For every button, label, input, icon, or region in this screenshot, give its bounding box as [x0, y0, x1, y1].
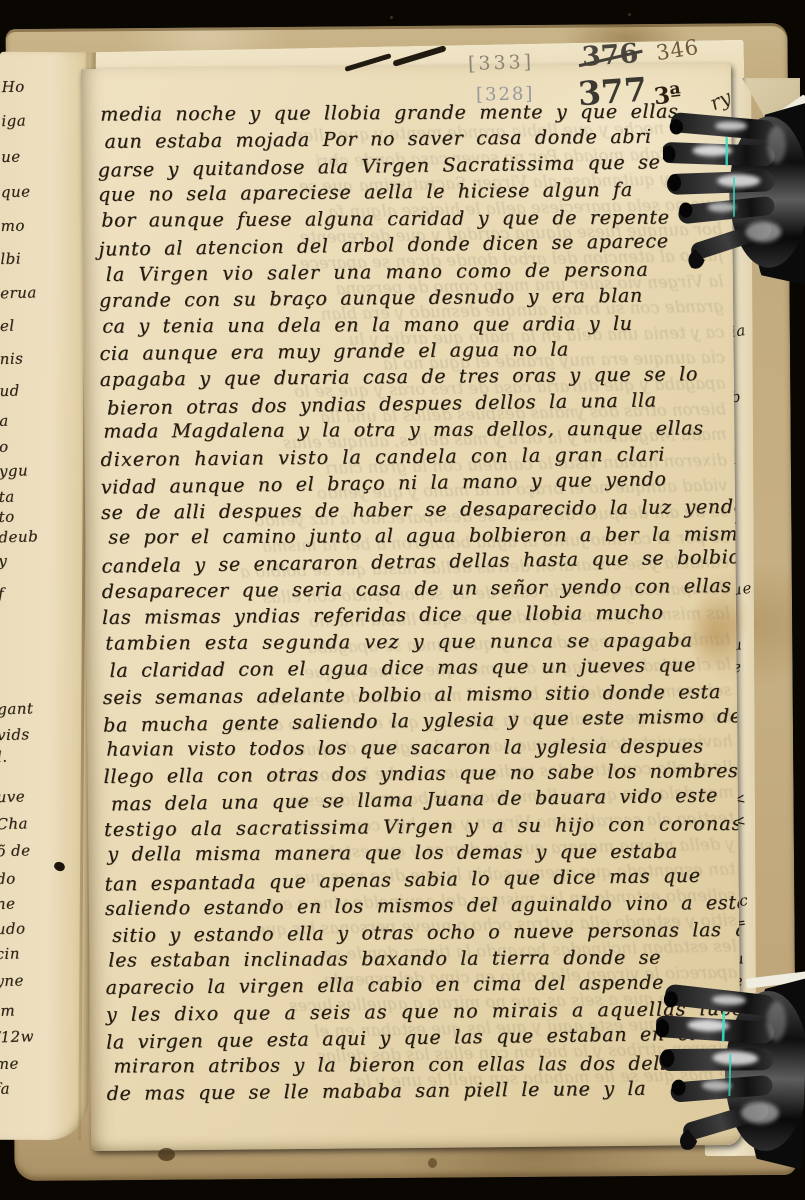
left-edge-text-fragment: me	[0, 1054, 19, 1073]
manuscript-line: de mas que se lle mababa san piell le un…	[107, 1077, 735, 1109]
left-edge-text-fragment: gant	[0, 699, 34, 718]
left-edge-text-fragment: uve	[0, 787, 25, 806]
manuscript-line: miraron atribos y la bieron con ellas la…	[113, 1052, 734, 1082]
left-edge-text-fragment: mo	[0, 216, 25, 235]
left-edge-text-fragment: vids	[0, 725, 30, 744]
folio-number-pencil-377: 377	[577, 70, 648, 114]
left-edge-text-fragment: lbi	[0, 249, 21, 268]
left-edge-text-fragment: Ho	[1, 77, 25, 96]
left-edge-text-fragment: fa	[0, 1080, 10, 1098]
left-edge-text-fragment: do	[0, 869, 16, 888]
left-edge-text-fragment: deub	[0, 527, 38, 546]
left-edge-text-fragment: ygu	[0, 461, 28, 480]
dust-speck	[390, 16, 393, 19]
left-edge-text-fragment: /12w	[0, 1027, 34, 1046]
left-edge-text-fragment: erua	[0, 283, 37, 302]
left-edge-text-fragment: õ de	[0, 841, 31, 860]
left-edge-text-fragment: ue	[1, 147, 21, 166]
folio-number-ink-346: 346	[654, 35, 700, 65]
left-edge-text-fragment: ne	[0, 894, 16, 913]
manuscript-text-block: media noche y que llobia grande mente y …	[97, 99, 735, 1110]
left-edge-text-fragment: el	[0, 317, 15, 335]
left-edge-text-fragment: ta	[0, 488, 15, 506]
photo-backdrop: Hoigauequemolbieruaelnisudaoygutatodeuby…	[0, 0, 805, 1200]
folio-number-struck-376: 376	[581, 38, 639, 73]
metal-hand-page-weight-icon	[663, 90, 805, 298]
left-edge-fragments: Hoigauequemolbieruaelnisudaoygutatodeuby…	[0, 52, 40, 1140]
left-edge-text-fragment: yne	[0, 971, 24, 990]
left-edge-text-fragment: y	[0, 552, 7, 570]
left-edge-text-fragment: que	[1, 182, 31, 201]
left-edge-text-fragment: to	[0, 508, 15, 526]
metal-hand-page-weight-icon	[652, 958, 805, 1186]
left-edge-text-fragment: im	[0, 1001, 15, 1020]
vellum-stain	[158, 1148, 175, 1161]
folio-number-pencil-328: [328]	[476, 83, 535, 105]
left-edge-text-fragment: f	[0, 585, 4, 603]
left-edge-text-fragment: a	[0, 412, 9, 430]
left-edge-text-fragment: Cha	[0, 814, 28, 833]
ink-slash-mark	[392, 45, 446, 67]
left-edge-text-fragment: ud	[0, 381, 20, 400]
left-edge-text-fragment: l.	[0, 748, 8, 766]
manuscript-line: grande con su braço aunque desnudo y era…	[99, 284, 727, 316]
left-edge-text-fragment: cin	[0, 944, 20, 963]
ink-slash-mark	[344, 53, 391, 72]
left-edge-text-fragment: iga	[1, 111, 26, 130]
manuscript-line: mada Magdalena y la otra y mas dellos, a…	[103, 418, 728, 448]
manuscript-line: havian visto todos los que sacaron la yg…	[106, 735, 731, 765]
folio-number-pencil-333: [333]	[468, 51, 535, 75]
left-edge-text-fragment: o	[0, 438, 9, 456]
manuscript-line: ca y tenia una dela en la mano que ardia…	[102, 312, 727, 342]
manuscript-line: tambien esta segunda vez y que nunca se …	[105, 629, 730, 659]
manuscript-page: media noche y que llobia grande mente y …	[81, 63, 741, 1151]
left-edge-text-fragment: udo	[0, 919, 26, 938]
left-edge-text-fragment: nis	[0, 349, 24, 368]
vellum-stain	[428, 1158, 437, 1168]
manuscript-line: les estaban inclinadas baxando la tierra…	[108, 946, 733, 976]
stain	[686, 596, 742, 670]
